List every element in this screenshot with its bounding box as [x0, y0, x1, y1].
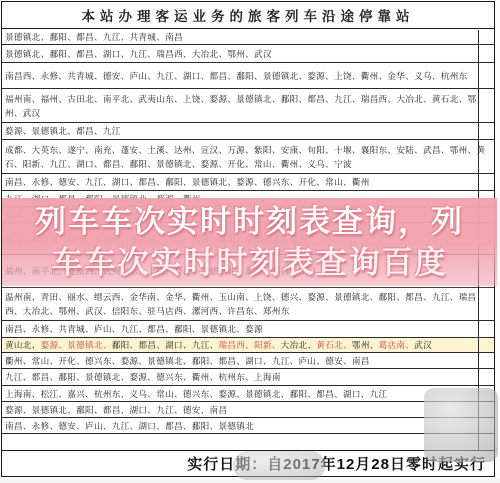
- overlay-line-2: 车车次实时时刻表查询百度: [52, 243, 448, 283]
- station-list-text: 婺源、景德镇北、都昌、九江: [5, 124, 121, 138]
- station-row: 南昌、永修、德安、庐山、九江、湖口、都昌、鄱阳、景德镇北: [2, 418, 494, 434]
- station-row: 景德镇北、鄱阳、都昌、湖口、九江、瑞昌西、大冶北、鄂州、武汉: [2, 45, 494, 63]
- overlay-banner: 列车车次实时时刻表查询，列 车车次实时时刻表查询百度: [2, 198, 497, 286]
- station-list-text: 温州南、青田、丽水、缙云西、金华南、金华、衢州、玉山南、上饶、德兴、婺源、景德镇…: [5, 290, 494, 318]
- station-name: 阳新、: [254, 338, 281, 352]
- station-row: 温州南、青田、丽水、缙云西、金华南、金华、衢州、玉山南、上饶、德兴、婺源、景德镇…: [2, 288, 494, 321]
- station-name: 瑞昌西、: [219, 338, 255, 352]
- station-row: [2, 434, 494, 451]
- station-row: 九江、都昌、鄱阳、景德镇北、婺源、德兴东、衢州、杭州东、上海南: [2, 369, 494, 386]
- station-name: 黄山北、: [5, 338, 41, 352]
- station-row: 南昌、永修、共青城、庐山、九江、都昌、鄱阳、景德镇北、婺源: [2, 321, 494, 338]
- station-name: 鄱阳、: [112, 338, 139, 352]
- station-row: 上海南、松江、嘉兴、杭州东、义乌、常山、德兴东、婺源、景德镇北、鄱阳、都昌、湖口…: [2, 386, 494, 402]
- station-row: 南昌西、永修、共青城、德安、庐山、九江、湖口、都昌、鄱阳、景德镇北、婺源、上饶、…: [2, 63, 494, 89]
- station-list-text: 景德镇北、鄱阳、都昌、九江、共青城、南昌: [5, 30, 183, 44]
- station-list-text: 成都、大英东、遂宁、南充、蓬安、土溪、达州、宣汉、万源、紫阳、安康、旬阳、十堰、…: [5, 143, 494, 171]
- station-row: 成都、大英东、遂宁、南充、蓬安、土溪、达州、宣汉、万源、紫阳、安康、旬阳、十堰、…: [2, 140, 494, 174]
- station-name: 湖口、: [165, 338, 192, 352]
- station-name: 九江、: [192, 338, 219, 352]
- effective-date-text: 实行日期：自2017年12月28日零时起实行: [187, 453, 486, 474]
- station-name: 鄂州、: [352, 338, 379, 352]
- timetable-notice-page: 本站办理客运业务的旅客列车沿途停靠站 景德镇北、鄱阳、都昌、九江、共青城、南昌景…: [0, 0, 500, 483]
- station-list-text: 九江、都昌、鄱阳、景德镇北、婺源、德兴东、衢州、杭州东、上海南: [5, 370, 281, 384]
- station-list-text: 景德镇北、鄱阳、都昌、湖口、九江、瑞昌西、大冶北、鄂州、武汉: [5, 47, 272, 61]
- station-name: 大冶北、: [281, 338, 317, 352]
- station-list-text: 南昌西、永修、共青城、德安、庐山、九江、湖口、都昌、鄱阳、景德镇北、婺源、上饶、…: [5, 69, 467, 83]
- station-row: 衢州、常山、开化、德兴东、婺源、景德镇北、鄱阳、都昌、湖口、九江、庐山、德安、南…: [2, 353, 494, 369]
- station-list-text: 南昌、永修、德安、庐山、九江、湖口、都昌、鄱阳、景德镇北: [5, 419, 254, 433]
- station-row: 景德镇北、鄱阳、都昌、九江、共青城、南昌: [2, 29, 494, 45]
- station-row: 婺源、景德镇北、鄱阳、都昌、湖口、九江、德安、南昌: [2, 402, 494, 418]
- station-list-text: 婺源、景德镇北、鄱阳、都昌、湖口、九江、德安、南昌: [5, 403, 227, 417]
- station-name: 武汉: [414, 338, 432, 352]
- station-list-text: 南昌、永修、共青城、庐山、九江、都昌、鄱阳、景德镇北、婺源: [5, 322, 263, 336]
- station-name: 都昌、: [138, 338, 165, 352]
- station-list-text: 上海南、松江、嘉兴、杭州东、义乌、常山、德兴东、婺源、景德镇北、鄱阳、都昌、湖口…: [5, 387, 387, 401]
- station-list-text: 衢州、常山、开化、德兴东、婺源、景德镇北、鄱阳、都昌、湖口、九江、庐山、德安、南…: [5, 354, 370, 368]
- station-list-text: 南昌、永修、德安、九江、湖口、都昌、鄱阳、景德镇北、婺源、德兴东、开化、常山、衢…: [5, 175, 370, 189]
- station-name: 葛店南、: [379, 338, 415, 352]
- page-title: 本站办理客运业务的旅客列车沿途停靠站: [2, 2, 494, 29]
- station-row: 南昌、永修、德安、九江、湖口、都昌、鄱阳、景德镇北、婺源、德兴东、开化、常山、衢…: [2, 174, 494, 191]
- station-row: 黄山北、婺源、景德镇北、鄱阳、都昌、湖口、九江、瑞昌西、阳新、大冶北、黄石北、鄂…: [2, 338, 494, 353]
- station-name: 景德镇北、: [67, 338, 111, 352]
- station-row: 福州南、福州、古田北、南平北、武夷山东、上饶、婺源、景德镇北、鄱阳、都昌、九江、…: [2, 89, 494, 123]
- station-name: 婺源、: [41, 338, 68, 352]
- station-list-text: 福州南、福州、古田北、南平北、武夷山东、上饶、婺源、景德镇北、鄱阳、都昌、九江、…: [5, 92, 494, 120]
- bottom-margin-strip: [0, 478, 500, 483]
- station-row: 婺源、景德镇北、都昌、九江: [2, 123, 494, 140]
- station-name: 黄石北、: [316, 338, 352, 352]
- overlay-line-1: 列车车次实时时刻表查询，列: [35, 202, 464, 242]
- footer-bar: 实行日期：自2017年12月28日零时起实行: [2, 450, 494, 476]
